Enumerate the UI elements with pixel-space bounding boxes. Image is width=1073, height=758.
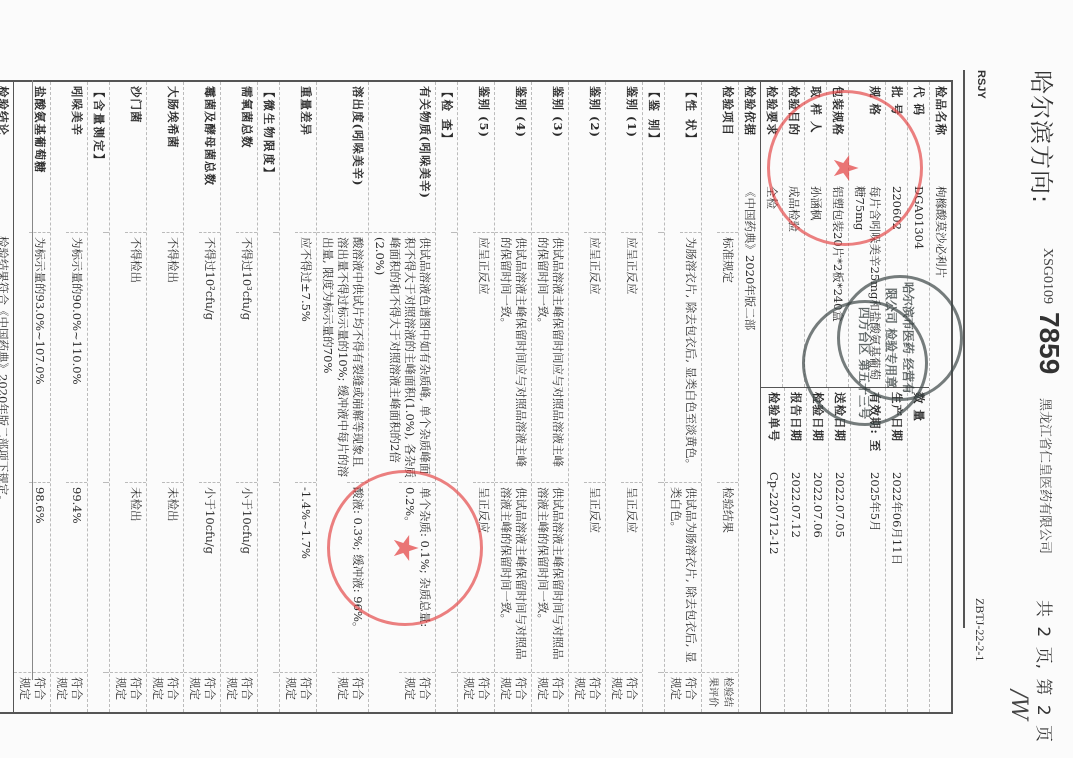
report-header: 哈尔滨方向: XSG0109 7859 黑龙江省仁皇医药有限公司 共 2 页, … [953,0,1073,758]
test-result: -1.4%~1.7% [295,482,316,672]
test-standard: 应呈正反应 [621,232,642,482]
test-item: 鉴别 (2) [584,82,605,232]
test-conclusion [103,672,109,712]
col-standard-header: 标准规定 [717,232,738,482]
report-date-value: 2022.07.12 [785,468,806,712]
table-row: 需氧菌总数不得过10³cfu/g小于10cfu/g符合规定 [220,82,257,712]
test-standard [103,232,109,482]
test-result: 供试品溶液主峰保留时间与对照品溶液主峰的保留时间一致。 [532,482,568,672]
test-conclusion: 符合规定 [332,672,368,712]
table-row: 沙门菌不得检出未检出符合规定 [109,82,146,712]
expiry-value: 2025年5月 [864,468,885,712]
table-row: 溶出度(吲哚美辛)酸溶液中供试片均不得有裂缝或崩解等现象且溶出量不得过标示量的1… [316,82,368,712]
test-conclusion [273,672,279,712]
table-row: 鉴别 (5)应呈正反应呈正反应符合规定 [457,82,494,712]
table-row: 大肠埃希菌不得检出未检出符合规定 [146,82,183,712]
test-conclusion: 符合规定 [184,672,220,712]
test-standard: 不得过10³cfu/g [236,232,257,482]
test-result: 小于10cfu/g [236,482,257,672]
basis-row: 检验依据 《中国药典》2020年版二部 [738,82,761,712]
test-result: 呈正反应 [584,482,605,672]
test-conclusion [451,672,457,712]
route-title: 哈尔滨方向: [1026,70,1061,204]
test-conclusion: 符合规定 [147,672,183,712]
test-standard: 应呈正反应 [473,232,494,482]
table-row: 鉴别 (1)应呈正反应呈正反应符合规定 [605,82,642,712]
doc-code-right: ZBTJ-22-2-1 [972,598,987,661]
test-item: 重量差异 [295,82,316,232]
column-header-row: 检验项目 标准规定 检验结果 检验结果评价 [701,82,738,712]
header-rule [963,70,965,628]
red-quality-stamp-top: ★ [767,90,923,246]
serial-number: 7859 [1033,312,1065,374]
table-row: 【性 状】为肠溶衣片, 除去包衣后, 显类白色至淡黄色。供试品为肠溶衣片, 除去… [664,82,701,712]
test-item: 吲哚美辛 [66,82,87,232]
doc-code-left: RSJY [975,70,987,99]
test-rows: 【性 状】为肠溶衣片, 除去包衣后, 显类白色至淡黄色。供试品为肠溶衣片, 除去… [14,82,701,712]
test-conclusion: 符合规定 [221,672,257,712]
test-item: 霉菌及酵母菌总数 [199,82,220,232]
test-result: 99.4% [66,482,87,672]
table-row: 重量差异应不得过±7.5%-1.4%~1.7%符合规定 [279,82,316,712]
gray-district-stamp: 四方台区 第五十三号 [802,300,928,426]
test-standard: 供试品溶液主峰保留时间应与对照品溶液主峰的保留时间一致。 [495,232,531,482]
report-no-value: Cp-220712-12 [763,468,784,712]
col-result-header: 检验结果 [717,482,738,672]
test-result: 未检出 [125,482,146,672]
test-item: 需氧菌总数 [236,82,257,232]
test-standard: 供试品溶液主峰保留时间应与对照品溶液主峰的保留时间一致。 [532,232,568,482]
test-conclusion: 符合规定 [51,672,87,712]
table-row: 【鉴 别】 [642,82,664,712]
test-standard: 酸溶液中供试片均不得有裂缝或崩解等现象且溶出量不得过标示量的10%; 缓冲液中每… [317,232,368,482]
test-item: 鉴别 (1) [621,82,642,232]
report-no-label: 检验单号 [763,388,784,468]
test-conclusion: 符合规定 [532,672,568,712]
test-item: 沙门菌 [125,82,146,232]
test-conclusion: 符合规定 [399,672,435,712]
test-standard: 不得过10²cfu/g [199,232,220,482]
info-right: 数 量 生产日期2022年06月11日 有效期: 至2025年5月 送检日期20… [761,388,929,712]
test-conclusion: 符合规定 [569,672,605,712]
test-conclusion: 符合规定 [606,672,642,712]
page-info: 共 2 页, 第 2 页 [1033,600,1058,742]
test-result [273,482,279,672]
conclusion-value: 检验结果符合《中国药典》2020年版二部项下规定。 [0,232,13,712]
test-result: 供试品为肠溶衣片, 除去包衣后, 显类白色。 [665,482,701,672]
table-row: 鉴别 (3)供试品溶液主峰保留时间应与对照品溶液主峰的保留时间一致。供试品溶液主… [531,82,568,712]
test-standard: 不得检出 [162,232,183,482]
table-row: 鉴别 (2)应呈正反应呈正反应符合规定 [568,82,605,712]
test-standard: 不得检出 [125,232,146,482]
serial-prefix: XSG0109 [1039,248,1055,304]
test-item: 【检 查】 [436,82,457,232]
table-row: 鉴别 (4)供试品溶液主峰保留时间应与对照品溶液主峰的保留时间一致。供试品溶液主… [494,82,531,712]
test-result: 未检出 [162,482,183,672]
test-result: 小于10cfu/g [199,482,220,672]
red-quality-stamp-bottom: ★ [327,470,483,626]
test-item: 溶出度(吲哚美辛) [347,82,368,232]
test-date-value: 2022.07.06 [807,468,828,712]
quantity-value [923,468,929,712]
col-conclusion-header: 检验结果评价 [702,672,738,712]
test-conclusion: 符合规定 [458,672,494,712]
test-item: 鉴别 (4) [510,82,531,232]
test-item: 【微生物限度】 [258,82,279,232]
test-conclusion [658,672,664,712]
report-date-label: 报告日期 [785,388,806,468]
test-standard [658,232,664,482]
binding-line [32,80,33,680]
basis-value: 《中国药典》2020年版二部 [739,182,760,712]
inspection-report-page: 哈尔滨方向: XSG0109 7859 黑龙江省仁皇医药有限公司 共 2 页, … [0,0,1073,758]
submit-date-value: 2022.07.05 [829,468,850,712]
test-conclusion: 符合规定 [495,672,531,712]
test-conclusion: 符合规定 [110,672,146,712]
basis-label: 检验依据 [739,82,760,182]
test-conclusion: 符合规定 [280,672,316,712]
test-item: 鉴别 (3) [547,82,568,232]
table-row: 【微生物限度】 [257,82,279,712]
test-standard: 供试品溶液色谱图中如有杂质峰, 单个杂质峰面积不得大于对照溶液的主峰面积(1.0… [369,232,435,482]
test-standard [273,232,279,482]
test-standard: 为标示量的90.0%~110.0% [66,232,87,482]
test-standard: 为肠溶衣片, 除去包衣后, 显类白色至淡黄色。 [680,232,701,482]
product-name-value: 枸橼酸莫沙必利片 [930,182,951,712]
table-row: 霉菌及酵母菌总数不得过10²cfu/g小于10cfu/g符合规定 [183,82,220,712]
test-item: 鉴别 (5) [473,82,494,232]
conclusion-row: 检验结论 检验结果符合《中国药典》2020年版二部项下规定。 [0,82,14,712]
handwritten-mark: /W [1006,690,1031,720]
test-result [658,482,664,672]
company-name: 黑龙江省仁皇医药有限公司 [1037,398,1056,554]
test-standard: 应呈正反应 [584,232,605,482]
conclusion-label: 检验结论 [0,82,13,232]
test-result: 呈正反应 [621,482,642,672]
test-conclusion: 符合规定 [665,672,701,712]
col-item-header: 检验项目 [717,82,738,232]
test-result [103,482,109,672]
test-item: 【鉴 别】 [643,82,664,232]
table-row: 【含量测定】 [87,82,109,712]
table-row: 吲哚美辛为标示量的90.0%~110.0%99.4%符合规定 [50,82,87,712]
production-date-value: 2022年06月11日 [886,468,907,712]
test-item: 大肠埃希菌 [162,82,183,232]
product-name-row: 检品名称 枸橼酸莫沙必利片 [929,82,951,712]
test-result: 供试品溶液主峰保留时间与对照品溶液主峰的保留时间一致。 [495,482,531,672]
test-standard [451,232,457,482]
test-item: 【性 状】 [680,82,701,232]
requirement-value: 全检 [761,182,782,387]
test-standard: 应不得过±7.5% [295,232,316,482]
product-name-label: 检品名称 [930,82,951,182]
test-item: 有关物质(吲哚美辛) [414,82,435,232]
test-item: 【含量测定】 [88,82,109,232]
